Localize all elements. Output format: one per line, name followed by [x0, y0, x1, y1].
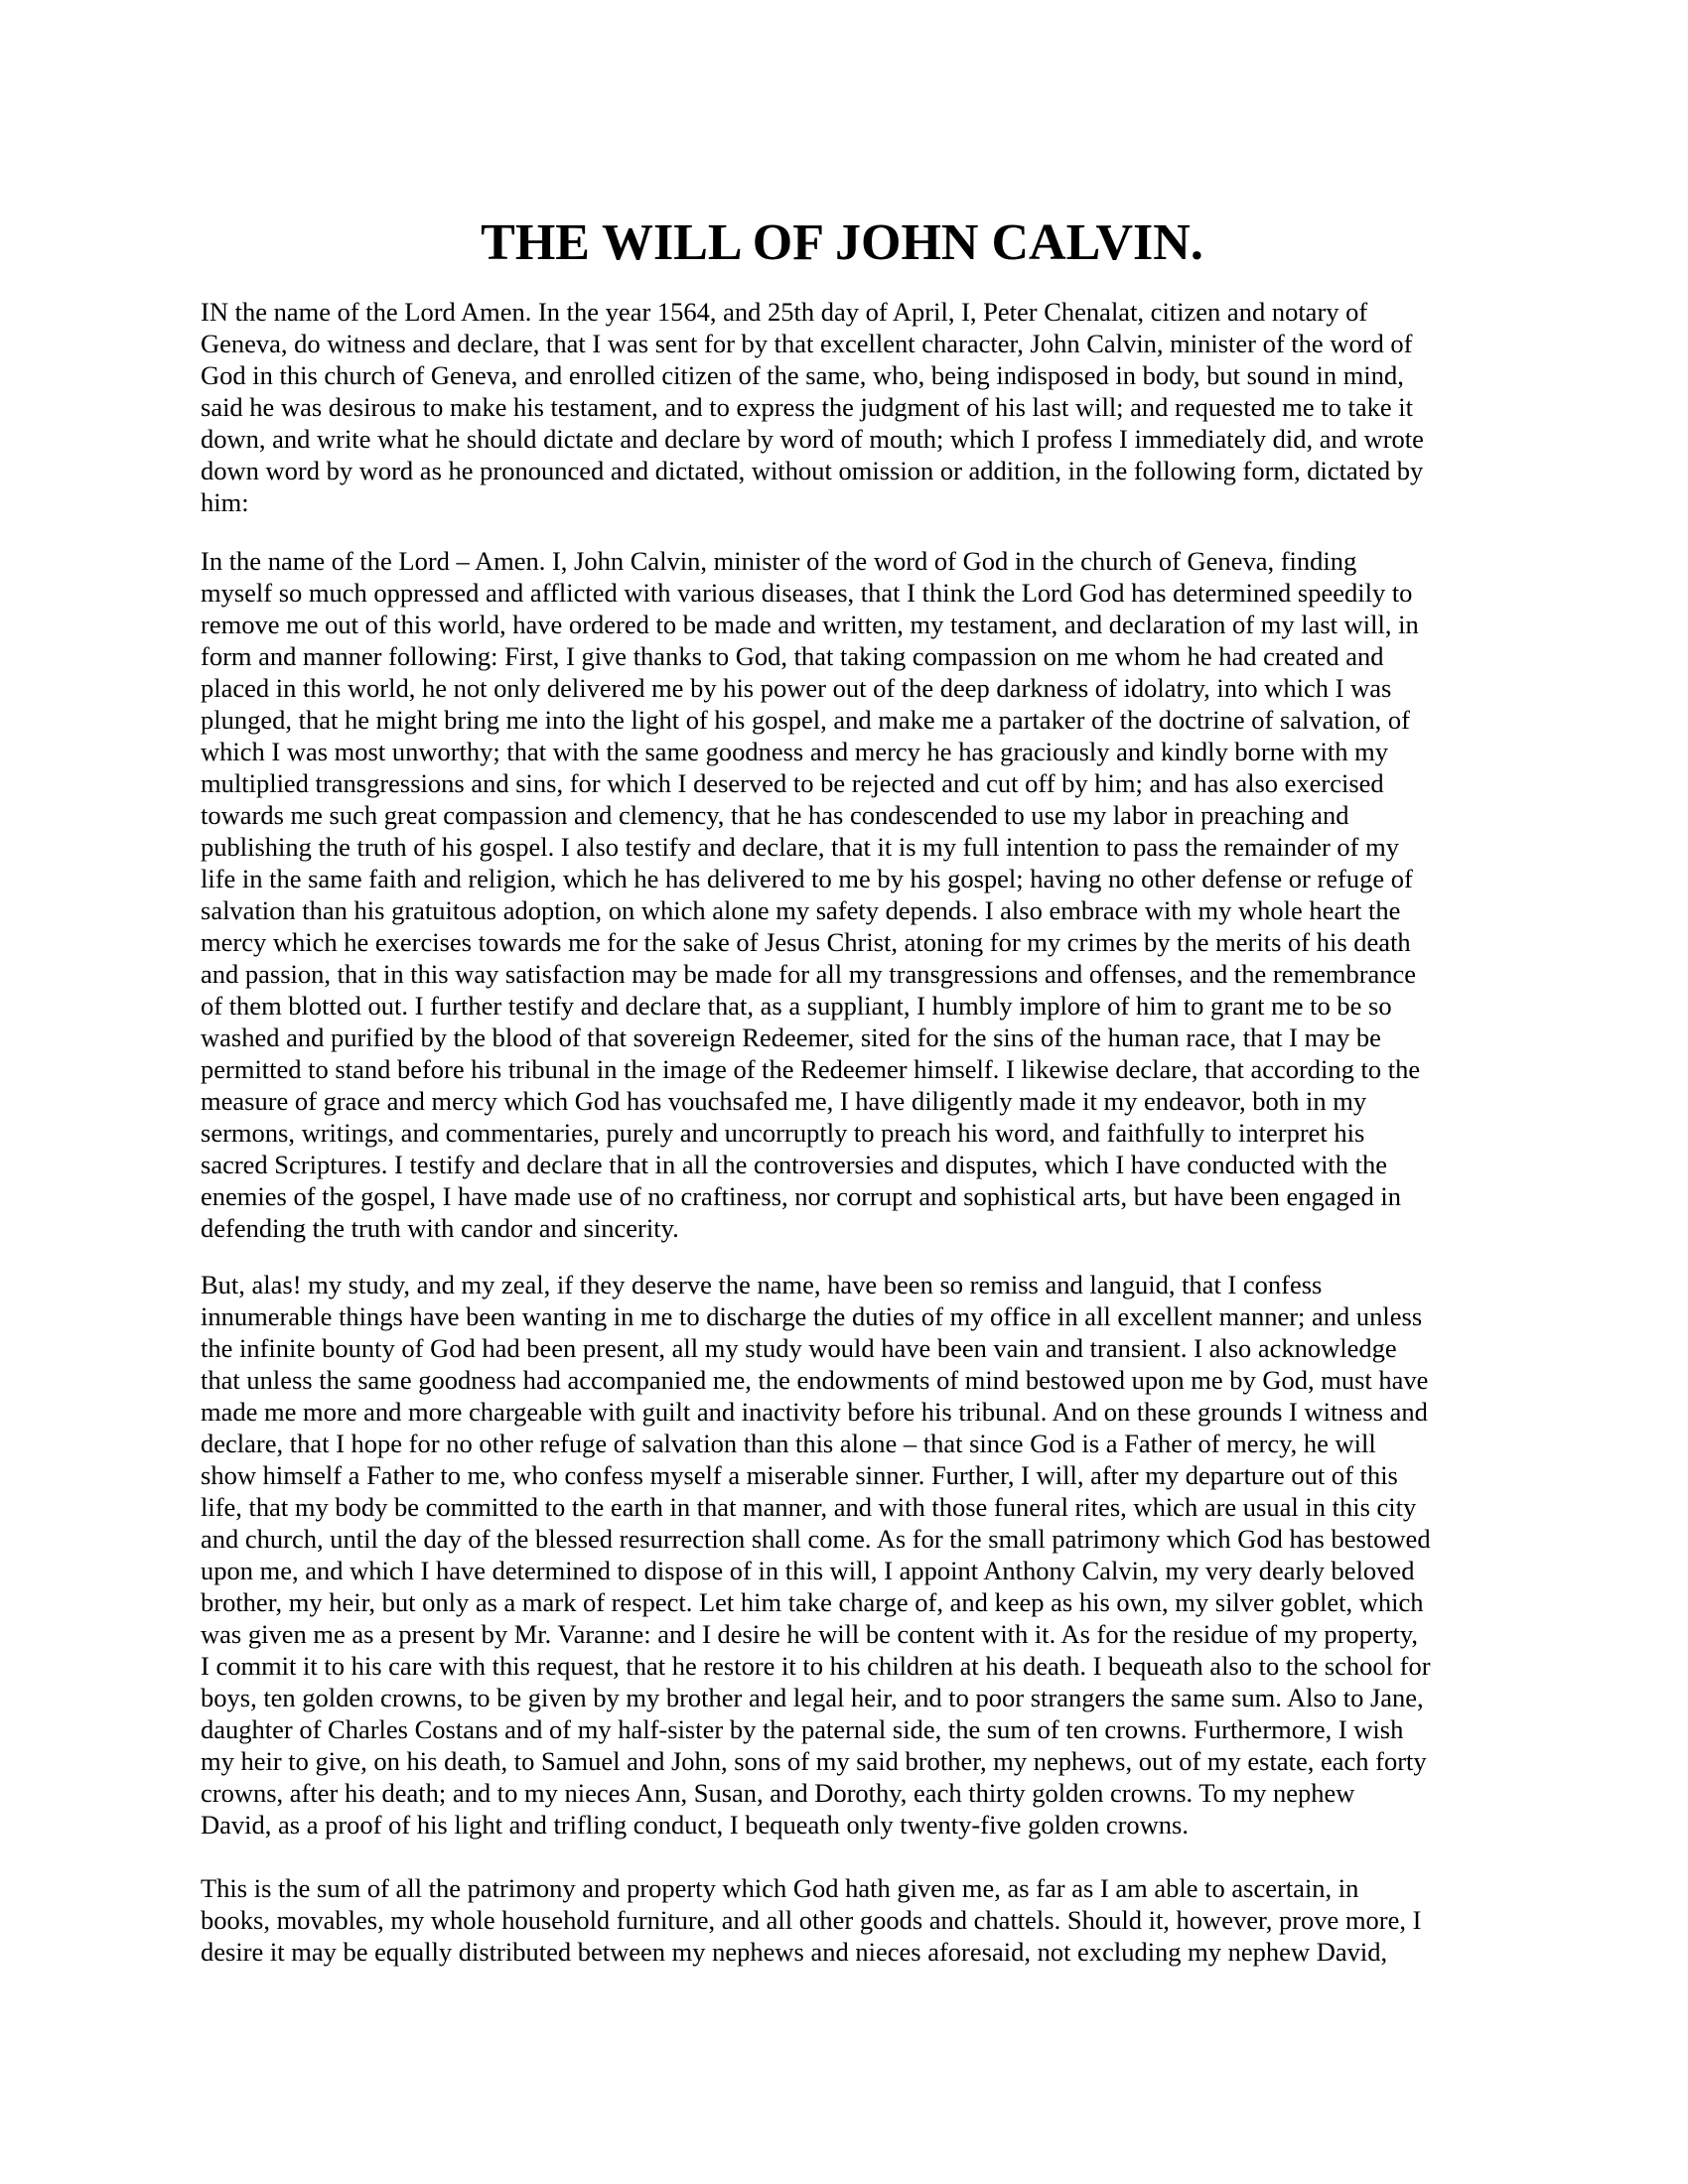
text-line: form and manner following: First, I give…	[201, 640, 1511, 672]
text-line: of them blotted out. I further testify a…	[201, 990, 1511, 1022]
text-line: mercy which he exercises towards me for …	[201, 926, 1511, 958]
text-line: This is the sum of all the patrimony and…	[201, 1872, 1511, 1904]
text-line: publishing the truth of his gospel. I al…	[201, 831, 1511, 863]
text-line: upon me, and which I have determined to …	[201, 1555, 1511, 1586]
text-line: Geneva, do witness and declare, that I w…	[201, 328, 1511, 359]
text-line: down word by word as he pronounced and d…	[201, 455, 1511, 486]
text-line: sermons, writings, and commentaries, pur…	[201, 1117, 1511, 1149]
text-line: him:	[201, 486, 1511, 518]
text-line: washed and purified by the blood of that…	[201, 1022, 1511, 1053]
text-line: boys, ten golden crowns, to be given by …	[201, 1682, 1511, 1713]
text-line: multiplied transgressions and sins, for …	[201, 767, 1511, 799]
text-line: remove me out of this world, have ordere…	[201, 609, 1511, 640]
text-line: defending the truth with candor and sinc…	[201, 1212, 1511, 1244]
text-line: measure of grace and mercy which God has…	[201, 1085, 1511, 1117]
text-line: daughter of Charles Costans and of my ha…	[201, 1713, 1511, 1745]
text-line: made me more and more chargeable with gu…	[201, 1396, 1511, 1428]
text-line: But, alas! my study, and my zeal, if the…	[201, 1269, 1511, 1300]
text-line: life in the same faith and religion, whi…	[201, 863, 1511, 894]
text-line: towards me such great compassion and cle…	[201, 799, 1511, 831]
text-line: I commit it to his care with this reques…	[201, 1650, 1511, 1682]
text-line: God in this church of Geneva, and enroll…	[201, 359, 1511, 391]
text-line: sacred Scriptures. I testify and declare…	[201, 1149, 1511, 1180]
text-line: David, as a proof of his light and trifl…	[201, 1809, 1511, 1841]
text-line: my heir to give, on his death, to Samuel…	[201, 1745, 1511, 1777]
text-line: brother, my heir, but only as a mark of …	[201, 1586, 1511, 1618]
text-line: In the name of the Lord – Amen. I, John …	[201, 545, 1511, 577]
text-line: crowns, after his death; and to my niece…	[201, 1777, 1511, 1809]
document-page: THE WILL OF JOHN CALVIN. IN the name of …	[0, 0, 1688, 2184]
text-line: IN the name of the Lord Amen. In the yea…	[201, 296, 1511, 328]
text-line: said he was desirous to make his testame…	[201, 391, 1511, 423]
text-line: innumerable things have been wanting in …	[201, 1300, 1511, 1332]
text-line: which I was most unworthy; that with the…	[201, 736, 1511, 767]
paragraph-declaration-of-faith: In the name of the Lord – Amen. I, John …	[201, 545, 1511, 1244]
text-line: myself so much oppressed and afflicted w…	[201, 577, 1511, 609]
text-line: salvation than his gratuitous adoption, …	[201, 894, 1511, 926]
text-line: the infinite bounty of God had been pres…	[201, 1332, 1511, 1364]
text-line: plunged, that he might bring me into the…	[201, 704, 1511, 736]
text-line: down, and write what he should dictate a…	[201, 423, 1511, 455]
text-line: desire it may be equally distributed bet…	[201, 1936, 1511, 1968]
text-line: declare, that I hope for no other refuge…	[201, 1428, 1511, 1459]
text-line: life, that my body be committed to the e…	[201, 1491, 1511, 1523]
text-line: and church, until the day of the blessed…	[201, 1523, 1511, 1555]
text-line: that unless the same goodness had accomp…	[201, 1364, 1511, 1396]
text-line: was given me as a present by Mr. Varanne…	[201, 1618, 1511, 1650]
text-line: and passion, that in this way satisfacti…	[201, 958, 1511, 990]
text-line: permitted to stand before his tribunal i…	[201, 1053, 1511, 1085]
text-line: placed in this world, he not only delive…	[201, 672, 1511, 704]
paragraph-bequests: But, alas! my study, and my zeal, if the…	[201, 1269, 1511, 1841]
text-line: enemies of the gospel, I have made use o…	[201, 1180, 1511, 1212]
paragraph-notary-preamble: IN the name of the Lord Amen. In the yea…	[201, 296, 1511, 518]
text-line: show himself a Father to me, who confess…	[201, 1459, 1511, 1491]
text-line: books, movables, my whole household furn…	[201, 1904, 1511, 1936]
paragraph-sum-of-property: This is the sum of all the patrimony and…	[201, 1872, 1511, 1968]
document-title: THE WILL OF JOHN CALVIN.	[0, 213, 1686, 273]
